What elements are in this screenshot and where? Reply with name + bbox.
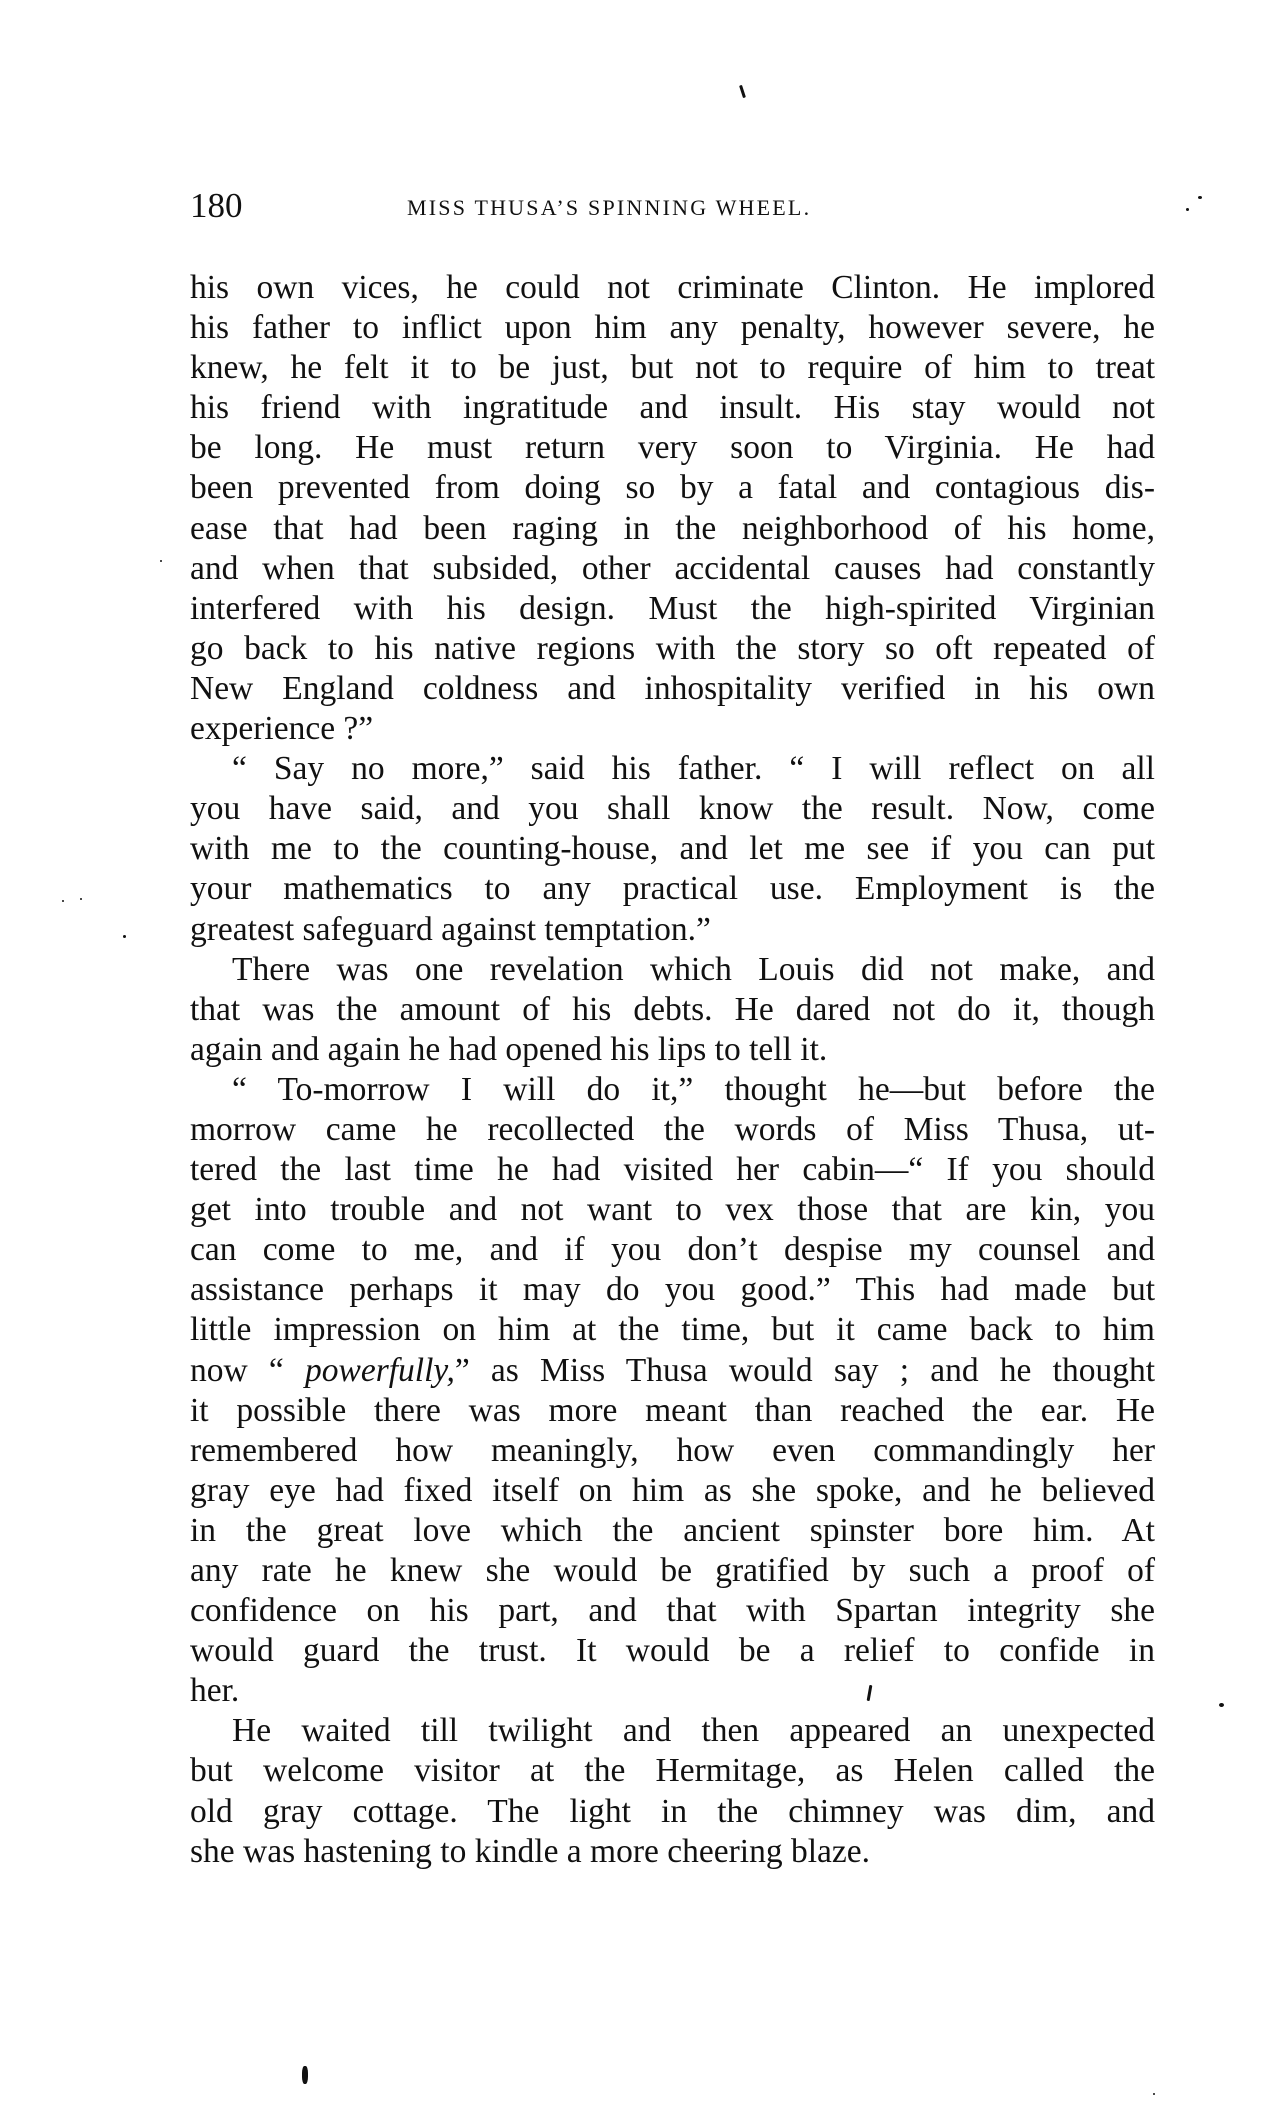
scan-speck [80, 898, 82, 900]
text-line: gray eye had fixed itself on him as she … [190, 1471, 1155, 1511]
scan-speck [62, 900, 64, 902]
text-line: remembered how meaningly, how even comma… [190, 1431, 1155, 1471]
text-line: interfered with his design. Must the hig… [190, 589, 1155, 629]
text-line: his father to inflict upon him any penal… [190, 308, 1155, 348]
text-line: that was the amount of his debts. He dar… [190, 990, 1155, 1030]
text-line: little impression on him at the time, bu… [190, 1310, 1155, 1350]
body-text: his own vices, he could not criminate Cl… [190, 268, 1155, 1872]
text-line: and when that subsided, other accidental… [190, 549, 1155, 589]
scan-mark-top [739, 85, 746, 98]
text-line: be long. He must return very soon to Vir… [190, 428, 1155, 468]
text-line: greatest safeguard against temptation.” [190, 910, 1155, 950]
text-line: go back to his native regions with the s… [190, 629, 1155, 669]
text-line: He waited till twilight and then appeare… [190, 1711, 1155, 1751]
text-line: with me to the counting-house, and let m… [190, 829, 1155, 869]
text-line: There was one revelation which Louis did… [190, 950, 1155, 990]
text-line: tered the last time he had visited her c… [190, 1150, 1155, 1190]
scan-speck [1219, 1703, 1224, 1707]
scan-speck [1198, 196, 1202, 199]
page-header: 180 MISS THUSA’S SPINNING WHEEL. [190, 186, 1155, 226]
text-line: she was hastening to kindle a more cheer… [190, 1832, 1155, 1872]
running-title: MISS THUSA’S SPINNING WHEEL. [407, 190, 811, 226]
italic-word: powerfully, [305, 1352, 455, 1389]
text-line: “ Say no more,” said his father. “ I wil… [190, 749, 1155, 789]
text-line: in the great love which the ancient spin… [190, 1511, 1155, 1551]
text-line: get into trouble and not want to vex tho… [190, 1190, 1155, 1230]
text-line: can come to me, and if you don’t despise… [190, 1230, 1155, 1270]
page-number: 180 [190, 186, 243, 226]
scan-speck [1186, 208, 1189, 211]
text-line: knew, he felt it to be just, but not to … [190, 348, 1155, 388]
text-line: old gray cottage. The light in the chimn… [190, 1792, 1155, 1832]
text-segment: now “ [190, 1352, 305, 1389]
text-line: his own vices, he could not criminate Cl… [190, 268, 1155, 308]
scan-speck [123, 935, 126, 938]
text-line: New England coldness and inhospitality v… [190, 669, 1155, 709]
text-segment: ” as Miss Thusa would say ; and he thoug… [455, 1352, 1155, 1389]
scan-speck [1153, 2093, 1155, 2095]
scan-speck [160, 560, 162, 562]
text-line: assistance perhaps it may do you good.” … [190, 1270, 1155, 1310]
text-line: again and again he had opened his lips t… [190, 1030, 1155, 1070]
text-line: his friend with ingratitude and insult. … [190, 388, 1155, 428]
text-line: any rate he knew she would be gratified … [190, 1551, 1155, 1591]
text-line: ease that had been raging in the neighbo… [190, 509, 1155, 549]
text-line: “ To-morrow I will do it,” thought he—bu… [190, 1070, 1155, 1110]
text-line: confidence on his part, and that with Sp… [190, 1591, 1155, 1631]
text-line: now “ powerfully,” as Miss Thusa would s… [190, 1351, 1155, 1391]
scan-mark-bottom [302, 2066, 308, 2084]
text-line: been prevented from doing so by a fatal … [190, 468, 1155, 508]
text-line: her. [190, 1671, 1155, 1711]
text-line: it possible there was more meant than re… [190, 1391, 1155, 1431]
book-page: 180 MISS THUSA’S SPINNING WHEEL. his own… [0, 0, 1270, 2114]
text-line: experience ?” [190, 709, 1155, 749]
text-line: but welcome visitor at the Hermitage, as… [190, 1751, 1155, 1791]
text-line: you have said, and you shall know the re… [190, 789, 1155, 829]
text-line: would guard the trust. It would be a rel… [190, 1631, 1155, 1671]
text-line: your mathematics to any practical use. E… [190, 869, 1155, 909]
text-line: morrow came he recollected the words of … [190, 1110, 1155, 1150]
